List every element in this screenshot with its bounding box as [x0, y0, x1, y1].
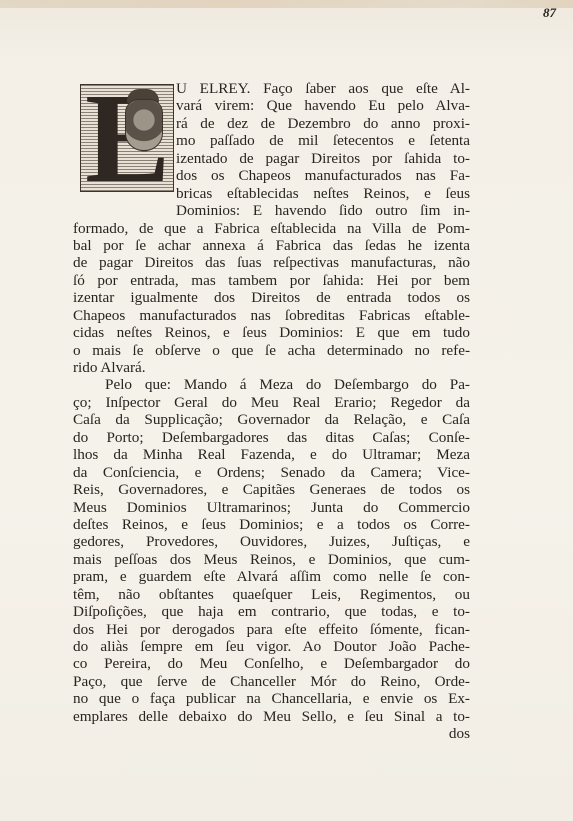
text-line: têm, não obſtantes quaeſquer Leis, Regim… [73, 586, 470, 603]
text-line: do aliàs ſempre em ſeu vigor. Ao Doutor … [73, 638, 470, 655]
text-line: Caſa da Supplicação; Governador da Relaç… [73, 411, 470, 428]
text-line: gedores, Provedores, Ouvidores, Juizes, … [73, 533, 470, 550]
text-line: Meus Dominios Ultramarinos; Junta do Com… [73, 499, 470, 516]
text-line: ſó por entrada, mas tambem por ſahida: H… [73, 272, 470, 289]
text-line: emplares delle debaixo do Meu Sello, e ſ… [73, 708, 470, 725]
paragraph-start-line: Pelo que: Mando á Meza do Deſembargo do … [73, 376, 470, 393]
text-line: Dominios: E havendo ſido outro ſim in- [176, 202, 470, 219]
paper-stain [0, 0, 573, 8]
text-line: vará virem: Que havendo Eu pelo Alva- [176, 97, 470, 114]
document-page: 87 E U ELREY. Faço ſaber aos que eſte Al… [0, 0, 573, 821]
text-line: da Conſciencia, e Ordens; Senado da Came… [73, 464, 470, 481]
text-line: deſtes Reinos, e ſeus Dominios; e a todo… [73, 516, 470, 533]
body-text: U ELREY. Faço ſaber aos que eſte Al- var… [73, 80, 470, 743]
text-line: Paço, que ſerve de Chanceller Mór do Rei… [73, 673, 470, 690]
page-number: 87 [543, 5, 556, 21]
text-line: izentar igualmente dos Direitos de entra… [73, 289, 470, 306]
text-line: ço; Inſpector Geral do Meu Real Erario; … [73, 394, 470, 411]
text-line: Diſpoſições, que haja em contrario, que … [73, 603, 470, 620]
text-line: o mais ſe obſerve o que ſe acha determin… [73, 342, 470, 359]
text-line: lhos da Minha Real Fazenda, e do Ultrama… [73, 446, 470, 463]
text-line: de pagar Direitos das ſuas reſpectivas m… [73, 254, 470, 271]
text-line: izentado de pagar Direitos por ſahida to… [176, 150, 470, 167]
text-line: rá de dez de Dezembro do anno proxi- [176, 115, 470, 132]
text-line: Chapeos manufacturados nas ſobreditas Fa… [73, 307, 470, 324]
text-line: bal por ſe achar annexa á Fabrica das ſe… [73, 237, 470, 254]
text-line: rido Alvará. [73, 359, 470, 376]
text-line: no que o faça publicar na Chancellaria, … [73, 690, 470, 707]
text-line: bricas eſtablecidas neſtes Reinos, e ſeu… [176, 185, 470, 202]
text-line: Reis, Governadores, e Capitães Generaes … [73, 481, 470, 498]
text-line: co Pereira, do Meu Conſelho, e Deſembarg… [73, 655, 470, 672]
text-line: dos Hei por derogados para eſte effeito … [73, 621, 470, 638]
text-line: U ELREY. Faço ſaber aos que eſte Al- [176, 80, 470, 97]
text-line: pram, e guardem eſte Alvará aſſim como n… [73, 568, 470, 585]
text-line: cidas neſtes Reinos, e ſeus Dominios: E … [73, 324, 470, 341]
text-line: do Porto; Deſembargadores das ditas Caſa… [73, 429, 470, 446]
text-line: mais peſſoas dos Meus Reinos, e Dominios… [73, 551, 470, 568]
text-line: formado, de que a Fabrica eſtablecida na… [73, 220, 470, 237]
catchword: dos [73, 725, 470, 742]
text-line: dos os Chapeos manufacturados nas Fa- [176, 167, 470, 184]
text-line: mo paſſado de mil ſetecentos e ſetenta [176, 132, 470, 149]
